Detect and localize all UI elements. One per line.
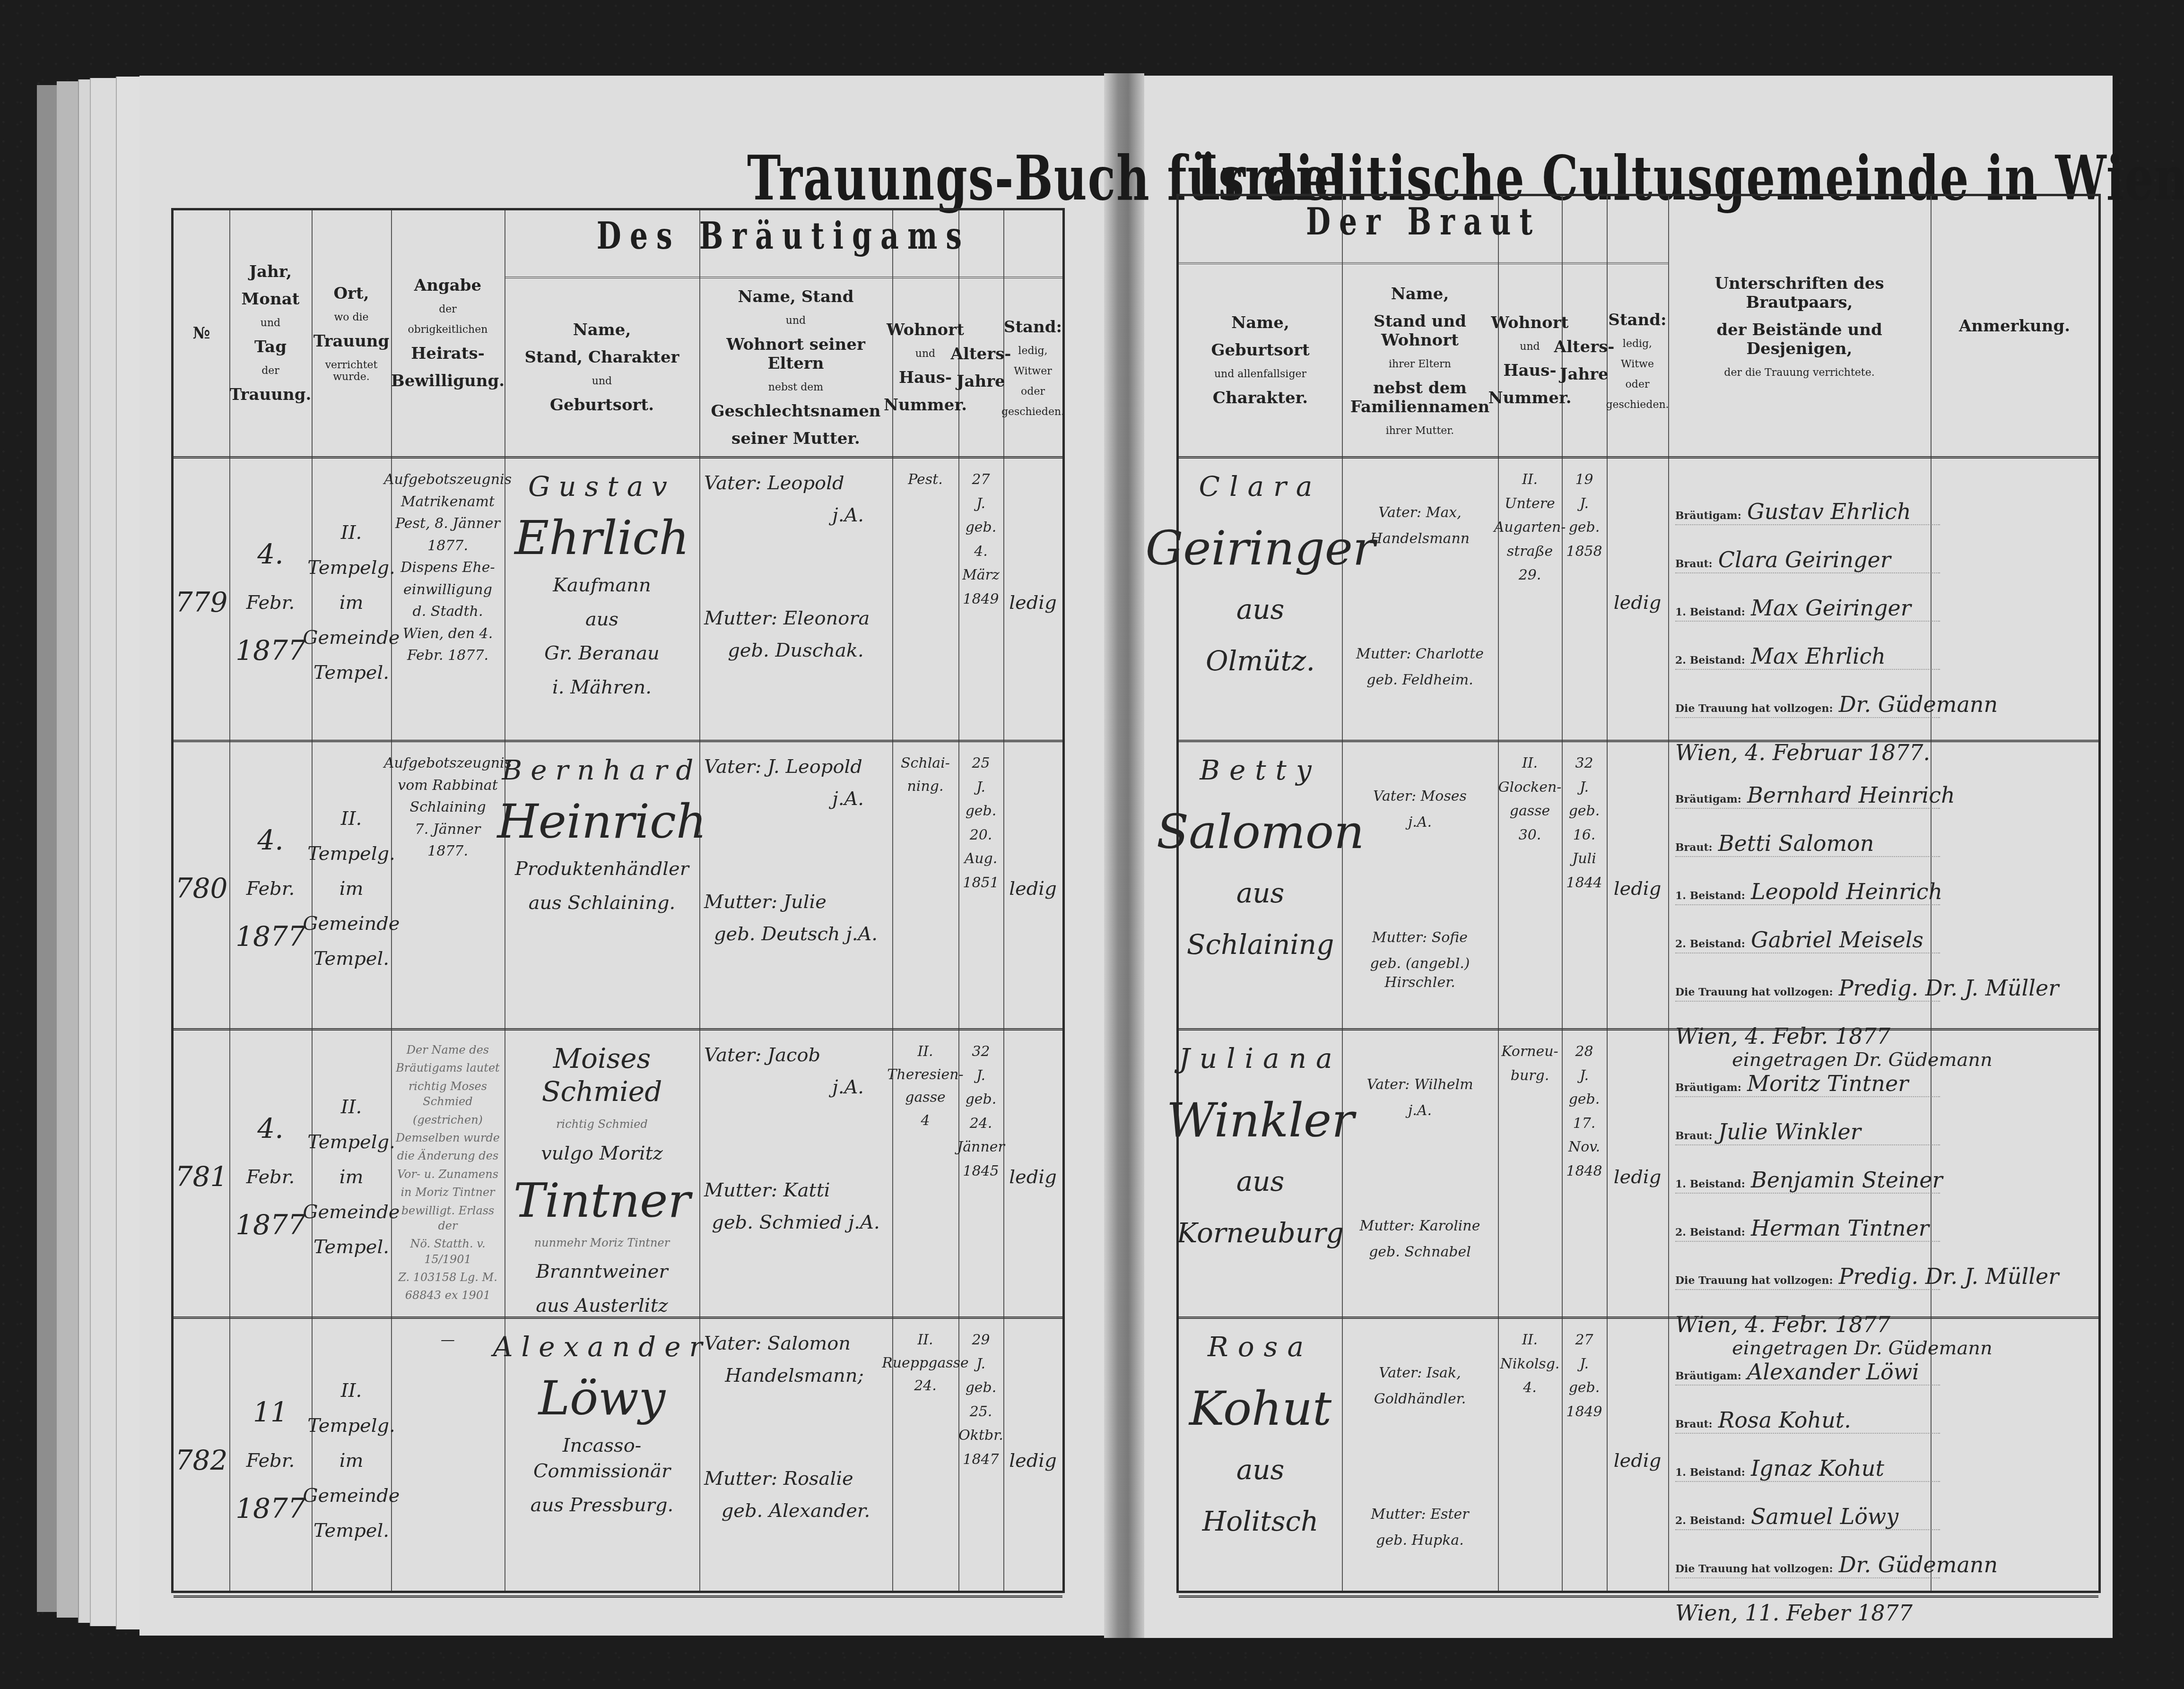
bride-status-cell: ledig — [1607, 1331, 1668, 1591]
date-part: 4. — [257, 1112, 283, 1145]
header-groom-residence-line: und — [915, 348, 935, 360]
residence-line: Rueppgasse — [882, 1354, 969, 1373]
age-line: 19 — [1575, 470, 1593, 490]
bride-status: ledig — [1614, 1164, 1661, 1190]
age-line: 1849 — [1566, 1403, 1602, 1422]
age-line: J. — [976, 1355, 985, 1374]
permit-line: — — [441, 1331, 455, 1350]
groom-last-name: Heinrich — [497, 796, 707, 848]
permit-line: Nö. Statth. v. 15/1901 — [391, 1236, 505, 1267]
bride-parents-cell: Vater: Wilhelmj.A.Mutter: Karolinegeb. S… — [1342, 1042, 1498, 1312]
residence-line: straße — [1507, 542, 1553, 562]
signature-label: Bräutigam: — [1675, 510, 1741, 522]
header-remarks-line: Anmerkung. — [1959, 317, 2070, 336]
bride-status-cell: ledig — [1607, 1042, 1668, 1312]
header-bride-name-line: und allenfallsiger — [1214, 368, 1306, 380]
residence-line: 4. — [1523, 1378, 1537, 1398]
age-line: 1851 — [963, 874, 999, 893]
groom-name-correction: nunmehr Moriz Tintner — [534, 1235, 670, 1250]
groom-status: ledig — [1009, 1164, 1056, 1190]
header-signatures: Unterschriften des Brautpaars,der Beistä… — [1668, 196, 1931, 456]
permit-line: Vor- u. Zunamens — [397, 1167, 498, 1182]
signature-row-officiant: Die Trauung hat vollzogen:Dr. Güdemann — [1675, 1552, 1940, 1578]
row-divider — [1179, 1317, 2098, 1319]
header-groom-status: Stand:ledig,Witwerodergeschieden. — [1003, 279, 1062, 456]
bride-status-cell: ledig — [1607, 470, 1668, 735]
bride-name-cell: ClaraGeiringerausOlmütz. — [1179, 470, 1342, 735]
groom-first-name: Moises Schmied — [505, 1042, 699, 1108]
signature-witness2: Samuel Löwy — [1751, 1504, 1898, 1529]
header-permit-line: Angabe — [414, 276, 481, 295]
entry-date: 4.Febr.1877 — [229, 1042, 312, 1312]
bride-first-name: Rosa — [1208, 1331, 1313, 1364]
header-permit-line: Heirats- — [411, 344, 485, 363]
groom-status: ledig — [1009, 590, 1056, 615]
signature-extra-note: eingetragen Dr. Güdemann — [1732, 1337, 1940, 1359]
signature-bride: Rosa Kohut. — [1718, 1407, 1851, 1433]
signature-groom: Gustav Ehrlich — [1747, 499, 1911, 524]
groom-mother-maiden: geb. Schmied j.A. — [712, 1210, 879, 1235]
header-place-line: verrichtet wurde. — [312, 359, 391, 383]
signature-bride: Julie Winkler — [1718, 1119, 1861, 1144]
signature-label: 2. Beistand: — [1675, 1515, 1745, 1527]
signature-label: Bräutigam: — [1675, 1082, 1741, 1094]
bride-mother-maiden: geb. (angebl.) Hirschler. — [1342, 954, 1498, 993]
permit-line: Der Name des — [407, 1042, 489, 1057]
header-bride-name-line: Charakter. — [1213, 389, 1308, 407]
bride-first-name: Betty — [1200, 754, 1321, 787]
groom-father: Vater: Salomon — [699, 1331, 851, 1356]
groom-last-name: Löwy — [539, 1372, 666, 1424]
signature-row-groom: Bräutigam:Moritz Tintner — [1675, 1071, 1940, 1097]
header-no: № — [174, 210, 229, 456]
groom-name-cell: GustavEhrlichKaufmannausGr. Beranaui. Mä… — [505, 470, 699, 735]
groom-alias-note: richtig Schmied — [556, 1117, 648, 1132]
signature-officiant: Dr. Güdemann — [1839, 1552, 1998, 1577]
row-divider — [174, 1028, 1062, 1031]
header-groom-age: Alters-Jahre — [958, 279, 1003, 456]
signature-row-groom: Bräutigam:Alexander Löwi — [1675, 1359, 1940, 1386]
permit-line: Dispens Ehe- — [400, 558, 495, 578]
signature-row-witness2: 2. Beistand:Max Ehrlich — [1675, 643, 1940, 670]
header-bride-status: Stand:ledig,Witweodergeschieden. — [1607, 265, 1668, 456]
header-bride-age: Alters-Jahre — [1562, 265, 1607, 456]
age-line: 16. — [1573, 826, 1596, 845]
bride-father: Vater: Wilhelm — [1366, 1075, 1473, 1095]
permit-line: Z. 103158 Lg. M. — [398, 1270, 497, 1285]
header-groom-status-line: Witwer — [1014, 365, 1052, 377]
entry-place: II.Tempelg.imGemeindeTempel. — [312, 1331, 391, 1591]
bride-mother: Mutter: Charlotte — [1356, 645, 1484, 664]
age-line: geb. — [1569, 518, 1600, 537]
permit-line: vom Rabbinat — [398, 776, 497, 796]
bride-father-note: j.A. — [1408, 813, 1432, 832]
date-part: 11 — [253, 1396, 288, 1429]
signature-label: 1. Beistand: — [1675, 1466, 1745, 1479]
date-part: 1877 — [235, 920, 305, 953]
groom-mother: Mutter: Julie — [699, 889, 827, 915]
book-gutter — [1104, 73, 1144, 1638]
header-bride-status-line: geschieden. — [1606, 399, 1669, 411]
header-permit-line: Bewilligung. — [391, 372, 505, 390]
header-groom-parents-line: Geschlechtsnamen — [711, 402, 880, 421]
groom-residence-cell: Pest. — [892, 470, 958, 735]
signature-row-witness1: 1. Beistand:Benjamin Steiner — [1675, 1167, 1940, 1194]
header-bride-residence-line: Wohnort — [1491, 313, 1569, 332]
header-permit-line: der — [439, 303, 457, 315]
row-divider — [1179, 740, 2098, 742]
bride-age-cell: 27J.geb.1849 — [1562, 1331, 1607, 1591]
groom-father-note: Handelsmann; — [725, 1363, 892, 1388]
signature-groom: Moritz Tintner — [1747, 1071, 1908, 1096]
bride-parents-cell: Vater: Max,HandelsmannMutter: Charlotteg… — [1342, 470, 1498, 735]
residence-line: II. — [917, 1331, 933, 1350]
age-line: 28 — [1575, 1042, 1593, 1062]
bride-last-name: Kohut — [1189, 1383, 1331, 1435]
groom-mother: Mutter: Eleonora — [699, 606, 870, 631]
age-line: 32 — [972, 1042, 990, 1062]
signatures-cell: Bräutigam:Gustav EhrlichBraut:Clara Geir… — [1675, 499, 1940, 765]
header-date-line: Jahr, — [249, 262, 292, 281]
groom-residence-cell: Schlai-ning. — [892, 754, 958, 1023]
residence-line: Theresien- — [887, 1065, 963, 1085]
header-groom-name: Name,Stand, CharakterundGeburtsort. — [505, 279, 699, 456]
signature-bride: Clara Geiringer — [1718, 547, 1891, 572]
permit-line: 1877. — [427, 537, 468, 556]
date-part: 1877 — [235, 1492, 305, 1525]
signature-place-date: Wien, 4. Febr. 1877 — [1675, 1312, 1940, 1337]
residence-line: Untere — [1505, 494, 1555, 514]
bride-father-note: Goldhändler. — [1374, 1390, 1466, 1409]
bride-origin: Korneuburg — [1177, 1217, 1344, 1250]
entry-permit: — — [391, 1331, 505, 1591]
residence-line: burg. — [1511, 1066, 1549, 1086]
header-date-line: Tag — [254, 338, 287, 356]
signature-label: 2. Beistand: — [1675, 938, 1745, 950]
signature-row-groom: Bräutigam:Gustav Ehrlich — [1675, 499, 1940, 525]
groom-mother: Mutter: Rosalie — [699, 1466, 853, 1491]
place-line: Tempel. — [313, 946, 389, 971]
header-place-line: Trauung — [313, 332, 390, 351]
signature-row-witness1: 1. Beistand:Leopold Heinrich — [1675, 879, 1940, 905]
permit-line: die Änderung des — [397, 1148, 499, 1163]
permit-line: einwilligung — [403, 580, 492, 600]
signature-label: 1. Beistand: — [1675, 890, 1745, 902]
signature-officiant: Predig. Dr. J. Müller — [1839, 1264, 2059, 1289]
place-line: im — [339, 876, 364, 901]
header-groom-parents-line: nebst dem — [768, 381, 823, 393]
permit-line: (gestrichen) — [413, 1112, 483, 1127]
permit-line: 7. Jänner — [415, 820, 481, 840]
entry-number: 781 — [175, 1042, 227, 1312]
header-place-line: Ort, — [333, 284, 369, 303]
header-signatures-line: der Beistände und Desjenigen, — [1668, 320, 1931, 358]
bride-name-cell: RosaKohutausHolitsch — [1179, 1331, 1342, 1591]
place-line: II. — [341, 520, 362, 546]
residence-line: ning. — [907, 777, 944, 797]
header-bride-status-line: Stand: — [1608, 311, 1666, 329]
age-line: Nov. — [1568, 1138, 1600, 1157]
row-divider — [174, 1595, 1062, 1598]
header-groom-status-line: oder — [1021, 386, 1045, 398]
bride-first-name: Clara — [1199, 470, 1322, 503]
header-bride-name-line: Name, — [1231, 313, 1289, 332]
groom-name-cell: BernhardHeinrichProduktenhändleraus Schl… — [505, 754, 699, 1023]
place-line: II. — [341, 1094, 362, 1120]
header-bride-residence-line: und — [1520, 341, 1540, 353]
residence-line: II. — [1522, 470, 1538, 490]
bride-mother: Mutter: Karoline — [1360, 1217, 1480, 1236]
age-line: 32 — [1575, 754, 1593, 773]
groom-origin: aus Austerlitz — [536, 1293, 668, 1318]
signature-extra-note: eingetragen Dr. Güdemann — [1732, 1049, 1940, 1071]
header-bride-residence: WohnortundHaus-Nummer. — [1498, 265, 1562, 456]
groom-occupation: Kaufmann — [553, 572, 651, 598]
signature-row-witness1: 1. Beistand:Max Geiringer — [1675, 595, 1940, 622]
signature-label: 2. Beistand: — [1675, 654, 1745, 667]
signature-witness2: Herman Tintner — [1751, 1215, 1929, 1241]
header-place: Ort,wo dieTrauungverrichtet wurde. — [312, 210, 391, 456]
bride-name-cell: BettySalomonausSchlaining — [1179, 754, 1342, 1023]
header-groom-parents-line: Name, Stand — [738, 287, 853, 306]
header-date-line: der — [261, 365, 279, 377]
bride-father: Vater: Max, — [1378, 503, 1462, 523]
header-divider — [1179, 456, 2098, 459]
bride-status: ledig — [1614, 590, 1661, 615]
header-permit: AngabederobrigkeitlichenHeirats-Bewillig… — [391, 210, 505, 456]
groom-status: ledig — [1009, 1448, 1056, 1473]
header-groom-age-line: Jahre — [957, 372, 1005, 391]
place-line: im — [339, 1448, 364, 1473]
date-part: Febr. — [246, 1448, 295, 1473]
header-groom-name-line: Stand, Charakter — [524, 348, 679, 367]
groom-age-cell: 32J.geb.24.Jänner1845 — [958, 1042, 1003, 1312]
place-line: Gemeinde — [303, 1199, 400, 1225]
entry-number: 782 — [175, 1331, 227, 1591]
age-line: 1845 — [963, 1162, 999, 1181]
groom-father: Vater: J. Leopold — [699, 754, 862, 780]
date-part: Febr. — [246, 876, 295, 901]
permit-line: Matrikenamt — [401, 493, 495, 512]
header-groom-residence-line: Nummer. — [884, 396, 967, 415]
bride-first-name: Juliana — [1179, 1042, 1341, 1075]
header-bride-status-line: oder — [1626, 379, 1650, 390]
signature-row-witness2: 2. Beistand:Samuel Löwy — [1675, 1504, 1940, 1530]
residence-line: gasse — [905, 1088, 946, 1108]
bride-status-cell: ledig — [1607, 754, 1668, 1023]
permit-line: d. Stadth. — [413, 602, 483, 622]
signature-label: 1. Beistand: — [1675, 1178, 1745, 1190]
date-part: 1877 — [235, 634, 305, 667]
entry-place: II.Tempelg.imGemeindeTempel. — [312, 1042, 391, 1312]
signatures-cell: Bräutigam:Alexander LöwiBraut:Rosa Kohut… — [1675, 1359, 1940, 1626]
signature-row-officiant: Die Trauung hat vollzogen:Dr. Güdemann — [1675, 692, 1940, 718]
signature-label: Braut: — [1675, 558, 1713, 570]
header-bride-residence-line: Haus- — [1503, 361, 1556, 380]
age-line: 24. — [970, 1114, 992, 1134]
header-bride-age-line: Alters- — [1554, 338, 1615, 356]
signature-row-groom: Bräutigam:Bernhard Heinrich — [1675, 782, 1940, 809]
place-line: Gemeinde — [303, 1483, 400, 1508]
signature-label: 1. Beistand: — [1675, 606, 1745, 618]
permit-line: Wien, den 4. — [403, 624, 493, 644]
header-groom-name-line: Geburtsort. — [550, 396, 654, 415]
header-groom-residence-line: Wohnort — [887, 320, 964, 339]
place-line: Tempel. — [313, 1234, 389, 1260]
row-divider — [1179, 1595, 2098, 1598]
age-line: J. — [1580, 494, 1589, 514]
signature-row-bride: Braut:Julie Winkler — [1675, 1119, 1940, 1145]
residence-line: 30. — [1519, 826, 1541, 845]
signature-row-bride: Braut:Betti Salomon — [1675, 831, 1940, 857]
signature-bride: Betti Salomon — [1718, 831, 1874, 856]
signature-label: Die Trauung hat vollzogen: — [1675, 702, 1833, 715]
header-bride-name-line: Geburtsort — [1211, 341, 1309, 360]
groom-age-cell: 25J.geb.20.Aug.1851 — [958, 754, 1003, 1023]
header-no-line: № — [193, 324, 210, 343]
groom-parents-cell: Vater: J. Leopoldj.A.Mutter: Juliegeb. D… — [699, 754, 892, 1023]
header-bride-parents-line: nebst dem Familiennamen — [1342, 379, 1498, 416]
entry-date: 4.Febr.1877 — [229, 754, 312, 1023]
row-divider — [174, 740, 1062, 742]
groom-mother-maiden: geb. Alexander. — [722, 1498, 870, 1524]
groom-mother: Mutter: Katti — [699, 1178, 830, 1203]
groom-ledger-table: №Jahr,MonatundTagderTrauung.Ort,wo dieTr… — [171, 208, 1065, 1593]
entry-permit: AufgebotszeugnisMatrikenamtPest, 8. Jänn… — [391, 470, 505, 735]
header-groom-group: Des Bräutigams — [505, 215, 1062, 258]
bride-ledger-table: Der BrautName,Geburtsortund allenfallsig… — [1176, 194, 2101, 1593]
date-part: 4. — [257, 824, 283, 857]
header-bride-group: Der Braut — [1179, 201, 1668, 244]
age-line: 20. — [970, 826, 992, 845]
header-bride-parents: Name,Stand und Wohnortihrer Elternnebst … — [1342, 265, 1498, 456]
permit-line: richtig Moses Schmied — [391, 1079, 505, 1109]
signatures-cell: Bräutigam:Bernhard HeinrichBraut:Betti S… — [1675, 782, 1940, 1071]
age-line: J. — [1580, 1066, 1589, 1086]
header-bride-parents-line: Stand und Wohnort — [1342, 312, 1498, 350]
signature-officiant: Predig. Dr. J. Müller — [1839, 975, 2059, 1001]
permit-line: Pest, 8. Jänner — [395, 514, 500, 534]
bride-origin: aus — [1236, 1165, 1285, 1198]
groom-origin: aus Pressburg. — [531, 1492, 673, 1518]
age-line: Aug. — [965, 849, 998, 869]
place-line: Tempelg. — [307, 1413, 395, 1438]
bride-origin: aus — [1236, 1454, 1285, 1487]
bride-father: Vater: Isak, — [1379, 1364, 1461, 1383]
groom-origin: aus — [585, 606, 618, 632]
age-line: J. — [1580, 1355, 1589, 1374]
bride-status: ledig — [1614, 1448, 1661, 1473]
header-groom-name-line: und — [592, 375, 612, 387]
header-date-line: Trauung. — [230, 385, 312, 404]
groom-origin: i. Mähren. — [552, 675, 652, 700]
entry-date: 11Febr.1877 — [229, 1331, 312, 1591]
bride-mother-maiden: geb. Feldheim. — [1366, 671, 1473, 690]
age-line: 1848 — [1566, 1162, 1602, 1181]
header-divider — [174, 456, 1062, 459]
age-line: 1847 — [963, 1450, 999, 1470]
bride-father-note: Handelsmann — [1370, 529, 1470, 549]
groom-residence-cell: II.Theresien-gasse4 — [892, 1042, 958, 1312]
header-groom-status-line: Stand: — [1004, 318, 1062, 337]
bride-origin: aus — [1236, 877, 1285, 910]
group-divider — [1179, 262, 1668, 264]
bride-mother: Mutter: Sofie — [1372, 928, 1468, 948]
row-divider — [1179, 1028, 2098, 1031]
bride-residence-cell: Korneu-burg. — [1498, 1042, 1562, 1312]
age-line: Jänner — [957, 1138, 1005, 1157]
groom-first-name: Alexander — [493, 1331, 711, 1364]
bride-last-name: Winkler — [1166, 1094, 1354, 1146]
entry-number: 780 — [175, 754, 227, 1023]
age-line: 1849 — [963, 590, 999, 609]
groom-age-cell: 29J.geb.25.Oktbr.1847 — [958, 1331, 1003, 1591]
header-groom-age-line: Alters- — [951, 345, 1011, 364]
residence-line: II. — [917, 1042, 933, 1062]
age-line: 4. — [974, 542, 988, 562]
header-permit-line: obrigkeitlichen — [408, 324, 488, 336]
header-bride-status-line: Witwe — [1621, 358, 1654, 370]
signature-witness1: Max Geiringer — [1751, 595, 1911, 621]
place-line: im — [339, 1164, 364, 1190]
signature-witness1: Leopold Heinrich — [1751, 879, 1942, 904]
bride-mother-maiden: geb. Hupka. — [1376, 1531, 1464, 1550]
permit-line: 68843 ex 1901 — [405, 1288, 490, 1303]
permit-line: bewilligt. Erlass der — [391, 1203, 505, 1234]
age-line: geb. — [966, 802, 997, 821]
header-bride-residence-line: Nummer. — [1488, 389, 1572, 407]
place-line: II. — [341, 1378, 362, 1403]
signature-row-bride: Braut:Rosa Kohut. — [1675, 1407, 1940, 1434]
bride-status: ledig — [1614, 876, 1661, 901]
signature-place-date: Wien, 4. Februar 1877. — [1675, 740, 1940, 765]
bride-parents-cell: Vater: Isak,Goldhändler.Mutter: Estergeb… — [1342, 1331, 1498, 1591]
bride-name-cell: JulianaWinklerausKorneuburg — [1179, 1042, 1342, 1312]
residence-line: Pest. — [908, 470, 943, 490]
bride-residence-cell: II.Nikolsg.4. — [1498, 1331, 1562, 1591]
header-place-line: wo die — [334, 312, 368, 323]
age-line: geb. — [966, 518, 997, 537]
groom-father: Vater: Jacob — [699, 1042, 820, 1068]
groom-first-name: Bernhard — [502, 754, 702, 787]
signature-label: Braut: — [1675, 1130, 1713, 1142]
header-groom-status-line: geschieden. — [1001, 406, 1064, 418]
signatures-cell: Bräutigam:Moritz TintnerBraut:Julie Wink… — [1675, 1071, 1940, 1359]
groom-father-note: j.A. — [832, 1074, 892, 1100]
bride-origin: Olmütz. — [1206, 645, 1315, 678]
bride-age-cell: 19J.geb.1858 — [1562, 470, 1607, 735]
age-line: Oktbr. — [958, 1426, 1003, 1446]
signature-witness2: Gabriel Meisels — [1751, 927, 1923, 953]
residence-line: Glocken- — [1498, 778, 1562, 797]
groom-parents-cell: Vater: SalomonHandelsmann;Mutter: Rosali… — [699, 1331, 892, 1591]
signature-label: 2. Beistand: — [1675, 1226, 1745, 1239]
header-bride-parents-line: Name, — [1391, 285, 1449, 303]
place-line: Tempelg. — [307, 555, 395, 580]
entry-place: II.Tempelg.imGemeindeTempel. — [312, 470, 391, 735]
group-divider — [505, 277, 1062, 278]
date-part: Febr. — [246, 590, 295, 615]
groom-status-cell: ledig — [1003, 754, 1062, 1023]
signature-row-bride: Braut:Clara Geiringer — [1675, 547, 1940, 573]
place-line: II. — [341, 806, 362, 832]
bride-parents-cell: Vater: Mosesj.A.Mutter: Sofiegeb. (angeb… — [1342, 754, 1498, 1023]
signature-groom: Alexander Löwi — [1747, 1359, 1919, 1385]
groom-status-cell: ledig — [1003, 470, 1062, 735]
signature-witness1: Ignaz Kohut — [1751, 1455, 1884, 1481]
bride-origin: Holitsch — [1202, 1505, 1319, 1538]
bride-mother-maiden: geb. Schnabel — [1369, 1243, 1471, 1262]
